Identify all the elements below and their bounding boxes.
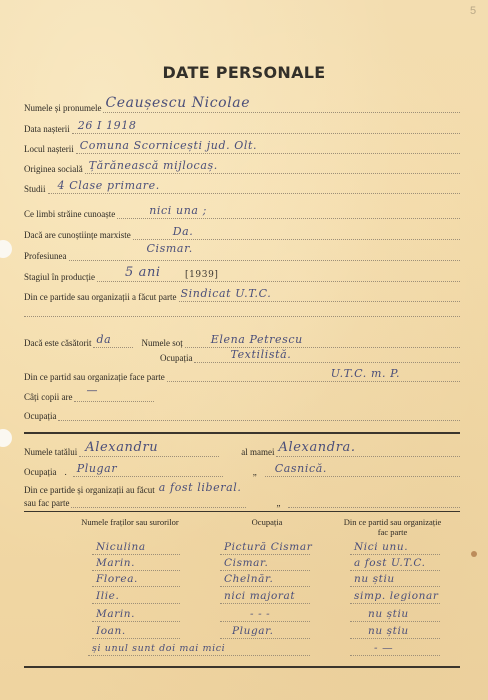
field-stagiul: Stagiul în producție 5 ani [1939]: [24, 268, 460, 282]
handwritten-value: Nici unu.: [354, 541, 408, 553]
bullet: .: [58, 467, 72, 477]
section-divider: [24, 666, 460, 668]
handwritten-value: Da.: [173, 225, 194, 238]
field-label: sau fac parte: [24, 498, 71, 508]
stain-spot: [471, 551, 477, 557]
handwritten-value: Sindicat U.T.C.: [181, 287, 272, 300]
handwritten-value: Casnică.: [275, 462, 327, 475]
section-divider: [24, 432, 460, 434]
sibling-occupation: - - -: [220, 608, 310, 622]
sibling-occupation: Plugar.: [220, 625, 310, 639]
sibling-party: a fost U.T.C.: [350, 557, 440, 571]
page-title: DATE PERSONALE: [0, 63, 488, 82]
field-value-line: nici una ;: [117, 206, 460, 219]
field-partide-facut-parte: Din ce partide sau organizații a făcut p…: [24, 288, 460, 302]
field-label: al mamei: [219, 447, 276, 457]
sibling-party: - —: [350, 642, 440, 656]
field-value-line: Sindicat U.T.C.: [179, 289, 460, 302]
handwritten-value: —: [86, 384, 98, 397]
handwritten-value: Elena Petrescu: [211, 333, 303, 346]
field-value-line: Casnică.: [265, 464, 460, 477]
handwritten-value: Alexandra.: [278, 440, 355, 455]
field-value-line: Comuna Scornicești jud. Olt.: [76, 141, 460, 154]
handwritten-value: a fost liberal.: [159, 481, 242, 494]
column-header-occupation: Ocupația: [222, 517, 312, 527]
field-parinti-partide-cont: sau fac parte „: [24, 494, 460, 508]
handwritten-value: Ioan.: [96, 625, 126, 637]
field-originea-sociala: Originea socială Țărănească mijlocaș.: [24, 160, 460, 174]
sibling-party: nu știu: [350, 608, 440, 622]
field-value-line: [288, 495, 460, 508]
sibling-occupation: Pictură Cismar: [220, 541, 310, 555]
handwritten-value: Alexandru: [85, 440, 158, 455]
field-value-line: Elena Petrescu: [185, 335, 460, 348]
handwritten-value: Chelnăr.: [224, 573, 273, 585]
field-nume: Numele și pronumele Ceaușescu Nicolae: [24, 99, 460, 113]
field-value-line: Ceaușescu Nicolae: [103, 100, 460, 113]
field-label: Numele tatălui: [24, 447, 79, 457]
handwritten-value: da: [96, 333, 111, 346]
field-profesiunea: Profesiunea Cismar.: [24, 247, 460, 261]
field-value-line: 26 I 1918: [72, 121, 460, 134]
field-studii: Studii 4 Clase primare.: [24, 180, 460, 194]
field-label: Din ce partid sau organizație face parte: [24, 372, 167, 382]
field-value-line: 5 ani [1939]: [97, 269, 460, 282]
handwritten-value: Plugar: [77, 462, 117, 475]
handwritten-value: Florea.: [96, 573, 138, 585]
field-data-nasterii: Data nașterii 26 I 1918: [24, 120, 460, 134]
handwritten-value: și unul sunt doi mai mici: [92, 643, 225, 654]
field-label: Ocupația: [160, 353, 194, 363]
sibling-party: nu știu: [350, 625, 440, 639]
ditto-mark: „: [246, 498, 288, 508]
field-label: Locul nașterii: [24, 144, 76, 154]
field-copii: Câți copii are —: [24, 388, 460, 402]
handwritten-value: - - -: [250, 608, 270, 620]
sibling-occupation: Chelnăr.: [220, 573, 310, 587]
field-value-line: U.T.C. m. P.: [167, 369, 460, 382]
field-parinti-partide: Din ce partide și organizații au făcut a…: [24, 481, 460, 495]
handwritten-value: nu știu: [368, 608, 409, 620]
handwritten-value: nici majorat: [224, 590, 295, 602]
field-label: Data nașterii: [24, 124, 72, 134]
column-header-party: Din ce partid sau organizație: [320, 517, 465, 527]
handwritten-value: Ilie.: [96, 590, 119, 602]
page-number: 5: [470, 5, 476, 17]
field-locul-nasterii: Locul nașterii Comuna Scornicești jud. O…: [24, 140, 460, 154]
handwritten-value: Cismar.: [224, 557, 268, 569]
field-cunostinte-marxiste: Dacă are cunoștiințe marxiste Da.: [24, 226, 460, 240]
sibling-name: Niculina: [92, 541, 180, 555]
field-value-line: [71, 495, 246, 508]
punch-hole: [0, 429, 12, 447]
field-partid-face-parte: Din ce partid sau organizație face parte…: [24, 368, 460, 382]
handwritten-value: 4 Clase primare.: [58, 179, 160, 192]
field-value-line: Alexandru: [79, 444, 219, 457]
handwritten-value: Textilistă.: [230, 348, 291, 361]
sibling-name: Ilie.: [92, 590, 180, 604]
column-header-name: Numele fraților sau surorilor: [50, 517, 210, 527]
field-ocupatia-sot: Ocupația Textilistă.: [160, 349, 460, 363]
field-label: Originea socială: [24, 164, 85, 174]
sibling-name: Marin.: [92, 608, 180, 622]
field-label: Profesiunea: [24, 251, 69, 261]
handwritten-value: Comuna Scornicești jud. Olt.: [80, 139, 257, 152]
sibling-name: Florea.: [92, 573, 180, 587]
ditto-mark: „: [223, 467, 265, 477]
handwritten-value: Marin.: [96, 608, 135, 620]
field-casatorit: Dacă este căsătorit da Numele soț Elena …: [24, 334, 460, 348]
field-value-line: 4 Clase primare.: [48, 181, 460, 194]
field-label: Dacă este căsătorit: [24, 338, 93, 348]
field-label: Câți copii are: [24, 392, 74, 402]
field-value-line: Țărănească mijlocaș.: [85, 161, 460, 174]
field-value-line: Da.: [133, 227, 460, 240]
field-limbi-straine: Ce limbi străine cunoaște nici una ;: [24, 205, 460, 219]
field-label: Ce limbi străine cunoaște: [24, 209, 117, 219]
handwritten-value: Țărănească mijlocaș.: [89, 159, 218, 172]
field-label: Numele și pronumele: [24, 103, 103, 113]
sibling-party: nu știu: [350, 573, 440, 587]
handwritten-value: Ceaușescu Nicolae: [105, 95, 250, 111]
handwritten-value: U.T.C. m. P.: [331, 367, 400, 380]
field-parinti-ocupatia: Ocupația . Plugar „ Casnică.: [24, 463, 460, 477]
handwritten-value: nu știu: [368, 625, 409, 637]
handwritten-value: Marin.: [96, 557, 135, 569]
field-label: Dacă are cunoștiințe marxiste: [24, 230, 133, 240]
field-label: Din ce partide sau organizații a făcut p…: [24, 292, 179, 302]
sibling-occupation: Cismar.: [220, 557, 310, 571]
handwritten-value: nu știu: [354, 573, 395, 585]
sibling-party: Nici unu.: [350, 541, 440, 555]
handwritten-value: nici una ;: [149, 204, 207, 217]
field-label: Numele soț: [133, 338, 184, 348]
handwritten-value: a fost U.T.C.: [354, 557, 426, 569]
stagiul-note: [1939]: [185, 270, 219, 280]
handwritten-value: Niculina: [96, 541, 146, 553]
extra-dotted-line: [24, 316, 460, 317]
punch-hole: [0, 240, 12, 258]
field-ocupatia-copii: Ocupația: [24, 407, 460, 421]
field-value-line: Alexandra.: [276, 444, 460, 457]
field-value-line: —: [74, 389, 154, 402]
field-value-line: da: [93, 335, 133, 348]
column-header-party-cont: fac parte: [320, 527, 465, 537]
handwritten-value: - —: [374, 642, 393, 654]
field-label: Stagiul în producție: [24, 272, 97, 282]
sibling-occupation: nici majorat: [220, 590, 310, 604]
handwritten-value: simp. legionar: [354, 590, 439, 602]
field-value-line: Plugar: [73, 464, 223, 477]
sibling-note: și unul sunt doi mai mici: [88, 642, 310, 656]
field-label: Ocupația: [24, 467, 58, 477]
handwritten-value: 5 ani: [125, 265, 161, 280]
sibling-name: Marin.: [92, 557, 180, 571]
section-divider: [24, 511, 460, 512]
handwritten-value: Pictură Cismar: [224, 541, 312, 553]
field-parinti-nume: Numele tatălui Alexandru al mamei Alexan…: [24, 443, 460, 457]
field-value-line: Textilistă.: [194, 350, 460, 363]
handwritten-value: Cismar.: [147, 242, 193, 255]
handwritten-value: 26 I 1918: [78, 119, 137, 132]
field-label: Studii: [24, 184, 48, 194]
sibling-party: simp. legionar: [350, 590, 440, 604]
field-label: Ocupația: [24, 411, 58, 421]
field-value-line: [58, 408, 460, 421]
sibling-name: Ioan.: [92, 625, 180, 639]
handwritten-value: Plugar.: [232, 625, 274, 637]
field-value-line: Cismar.: [69, 248, 461, 261]
